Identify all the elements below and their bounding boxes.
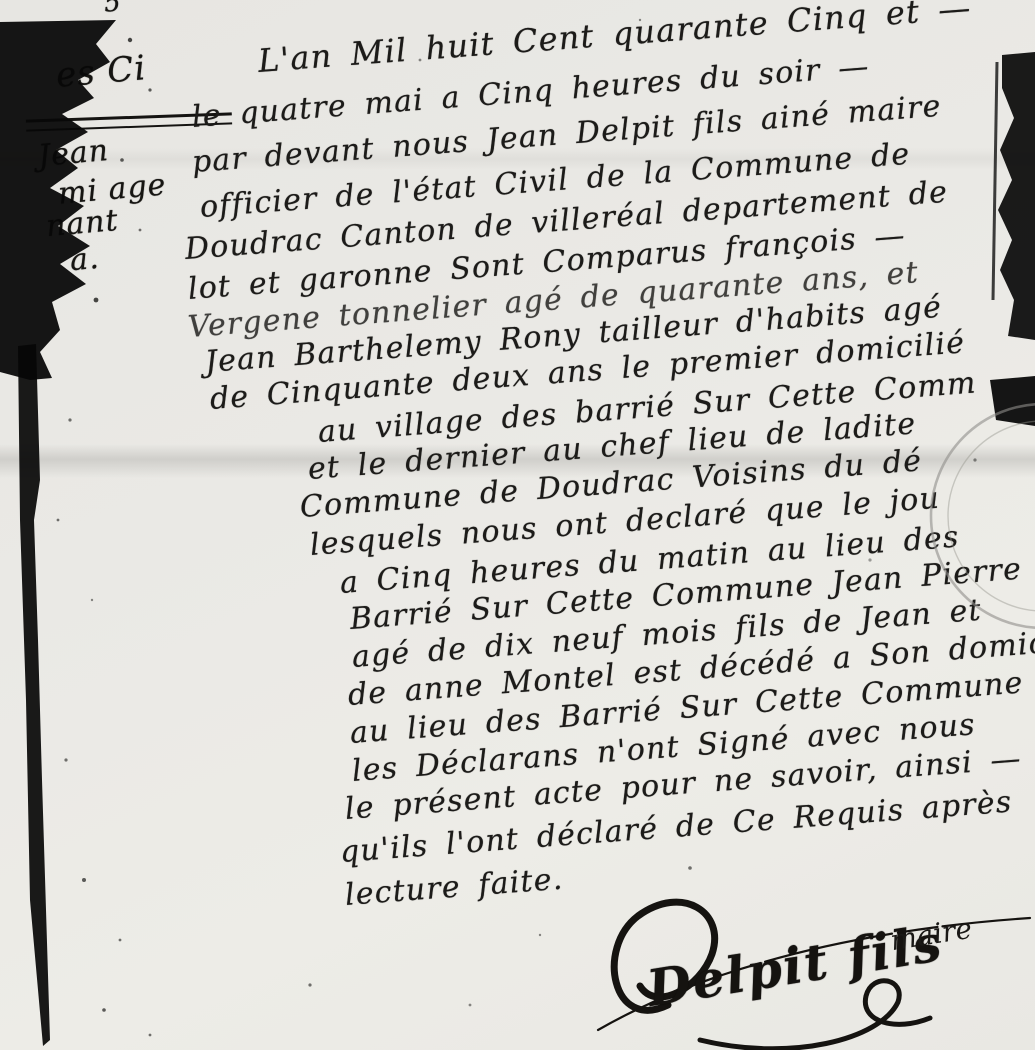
scan-border-right-strip (998, 52, 1035, 340)
margin-page-number: 5 (103, 0, 123, 19)
margin-note-fragment: es Ci (54, 48, 147, 96)
scanned-register-page: 5 es Ci Jean mi age nant a. L'an Mil hui… (0, 0, 1035, 1050)
manuscript-line: lecture faite. (344, 862, 565, 913)
margin-note-fragment: nant (45, 203, 120, 244)
margin-note-fragment: a. (69, 241, 101, 278)
scan-border-right-line (993, 62, 997, 300)
signature-block: Delpit fils maire (560, 878, 1035, 1050)
scan-border-right-blob (990, 376, 1035, 426)
margin-note-fragment: Jean (37, 133, 111, 174)
scan-border-left-taper (18, 344, 50, 1046)
